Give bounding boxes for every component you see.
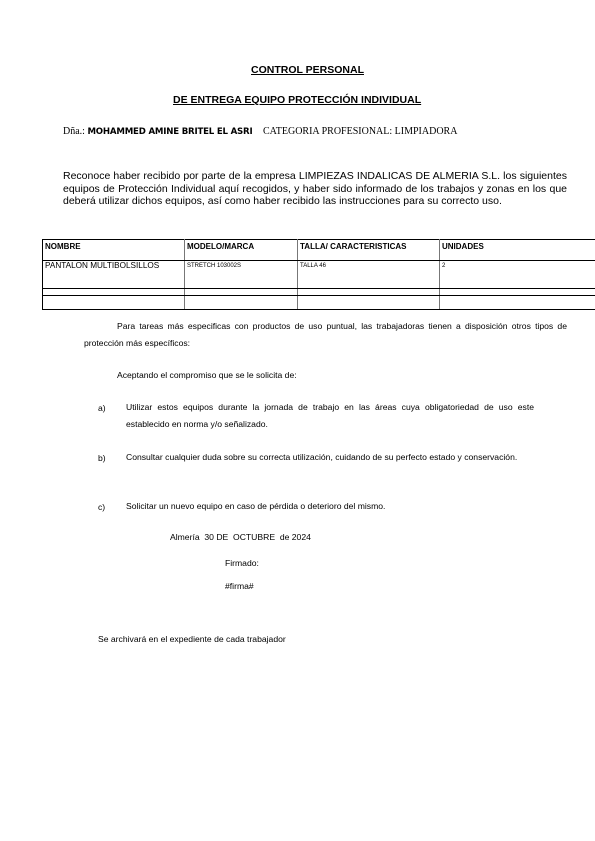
commitment-letter: a) — [98, 402, 106, 414]
table-header-row: NOMBRE MODELO/MARCA TALLA/ CARACTERISTIC… — [43, 240, 595, 261]
extra-protection-paragraph: Para tareas más especificas con producto… — [84, 318, 567, 352]
signed-label: Firmado: — [225, 557, 259, 569]
header-unidades: UNIDADES — [440, 240, 595, 261]
header-modelo-marca: MODELO/MARCA — [185, 240, 298, 261]
extra-protection-text: Para tareas más especificas con producto… — [84, 321, 567, 348]
table-row: PANTALON MULTIBOLSILLOS STRETCH 103002S … — [43, 261, 595, 289]
intro-paragraph: Reconoce haber recibido por parte de la … — [63, 170, 567, 208]
cell-empty — [440, 289, 595, 296]
cell-nombre: PANTALON MULTIBOLSILLOS — [43, 261, 185, 289]
signature-placeholder: #firma# — [225, 580, 254, 592]
cell-empty — [298, 289, 440, 296]
commitment-text: Utilizar estos equipos durante la jornad… — [126, 399, 534, 433]
cell-empty — [185, 289, 298, 296]
commitment-letter: c) — [98, 501, 105, 513]
cell-unidades: 2 — [440, 261, 595, 289]
table-row — [43, 289, 595, 296]
document-subtitle: DE ENTREGA EQUIPO PROTECCIÓN INDIVIDUAL — [173, 94, 421, 106]
employee-prefix: Dña.: — [63, 126, 85, 137]
cell-empty — [185, 296, 298, 310]
cell-empty — [43, 296, 185, 310]
header-talla: TALLA/ CARACTERISTICAS — [298, 240, 440, 261]
cell-modelo: STRETCH 103002S — [185, 261, 298, 289]
employee-category: CATEGORIA PROFESIONAL: LIMPIADORA — [263, 126, 457, 137]
commitment-text: Consultar cualquier duda sobre su correc… — [126, 449, 534, 466]
accept-intro: Aceptando el compromiso que se le solici… — [117, 369, 297, 381]
header-nombre: NOMBRE — [43, 240, 185, 261]
cell-empty — [298, 296, 440, 310]
cell-empty — [440, 296, 595, 310]
employee-name: MOHAMMED AMINE BRITEL EL ASRI — [87, 127, 252, 137]
date-line: Almería 30 DE OCTUBRE de 2024 — [170, 531, 311, 543]
document-title: CONTROL PERSONAL — [251, 64, 364, 76]
cell-empty — [43, 289, 185, 296]
table-row — [43, 296, 595, 310]
equipment-table: NOMBRE MODELO/MARCA TALLA/ CARACTERISTIC… — [42, 239, 595, 310]
cell-talla: TALLA 46 — [298, 261, 440, 289]
commitment-text: Solicitar un nuevo equipo en caso de pér… — [126, 498, 534, 515]
commitment-letter: b) — [98, 452, 106, 464]
archive-note: Se archivará en el expediente de cada tr… — [98, 633, 286, 645]
employee-line: Dña.: MOHAMMED AMINE BRITEL EL ASRI CATE… — [63, 126, 457, 137]
